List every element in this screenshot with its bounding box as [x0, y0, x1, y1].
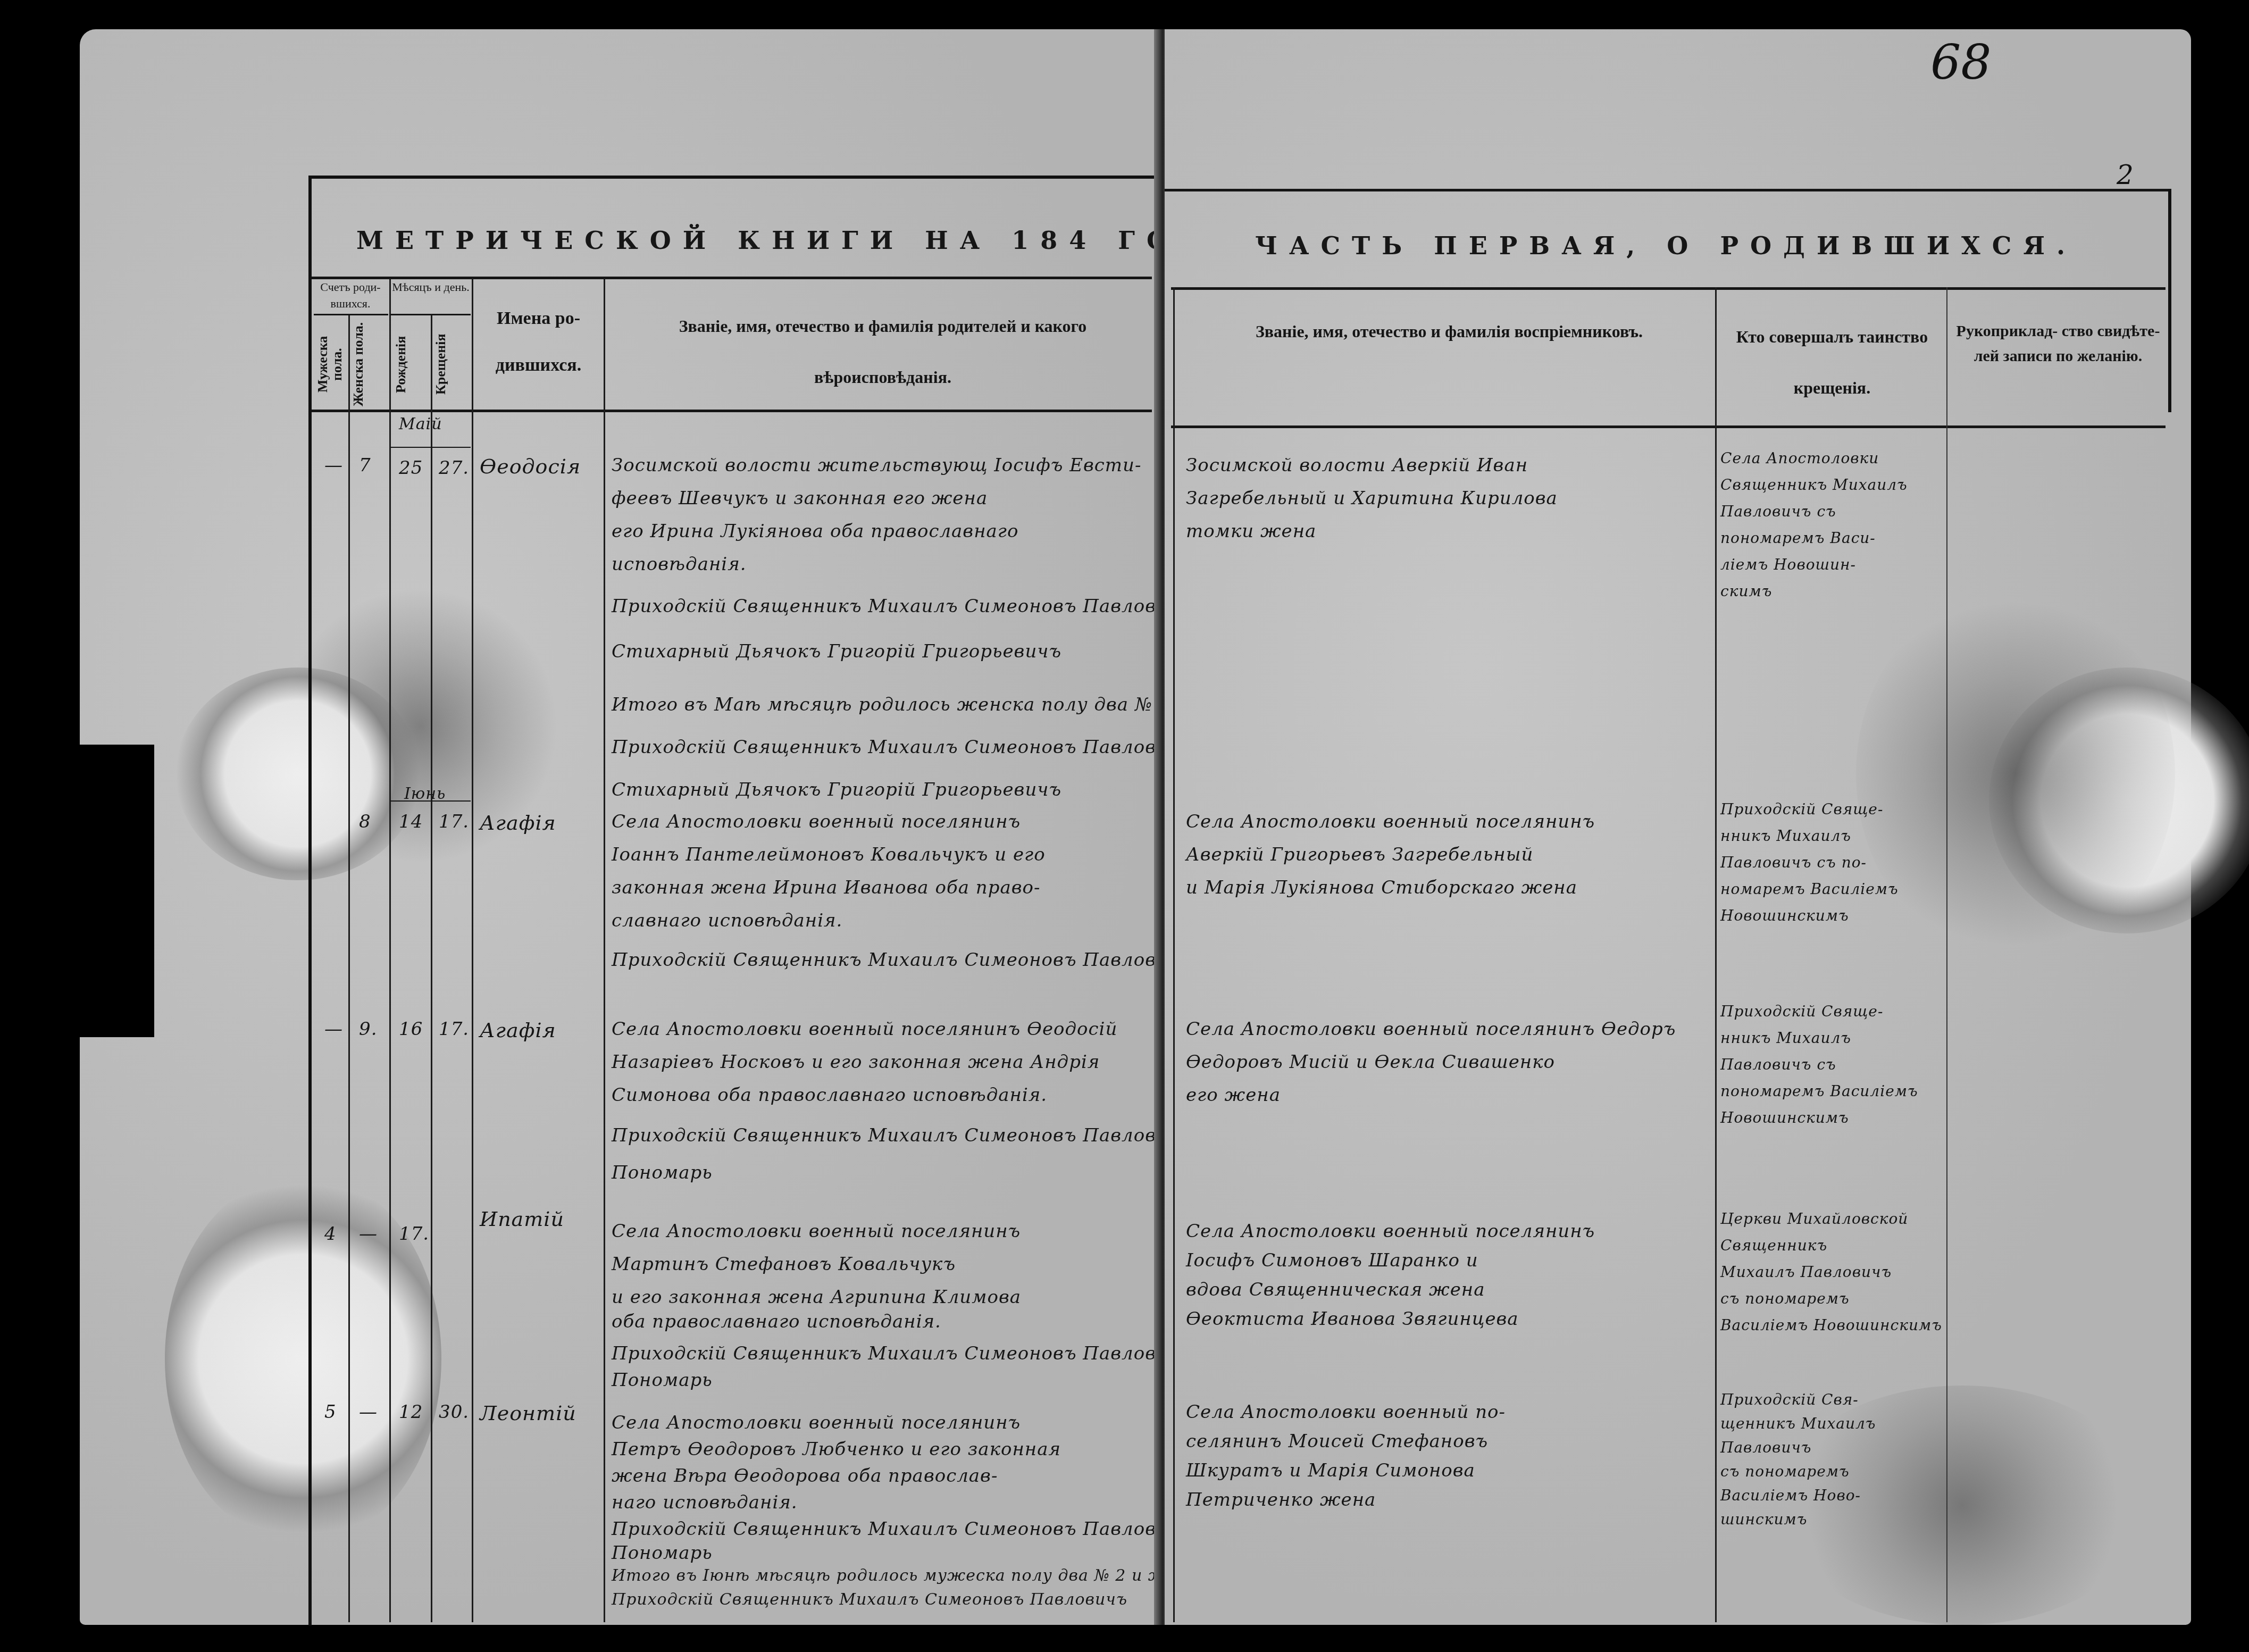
- col-line: [1715, 287, 1717, 1622]
- corner-mark: 2: [2117, 160, 2134, 190]
- male-count: —: [324, 455, 343, 476]
- parents-line: жена Вѣра Өеодорова оба православ-: [612, 1465, 998, 1487]
- clerk-note: Стихарный Дьячокъ Григорій Григорьевичъ: [612, 779, 1061, 800]
- baptism-day: 17.: [439, 811, 469, 832]
- female-count: 9.: [359, 1019, 377, 1040]
- baptism-day: 27.: [439, 457, 469, 479]
- month-rule: [391, 800, 471, 802]
- header-witness-signatures: Рукоприклад- ство свидѣте- лей записи по…: [1952, 319, 2164, 369]
- birth-day: 14: [399, 811, 423, 832]
- performed-by-line: скимъ: [1720, 582, 1772, 600]
- baptism-day: 17.: [439, 1019, 469, 1040]
- performed-by-line: Павловичъ съ по-: [1720, 854, 1867, 871]
- godparents-line: и Марія Лукіянова Стиборскаго жена: [1186, 877, 1577, 898]
- subheader-rule: [391, 314, 471, 315]
- header-month-day: Мѣсяцъ и день.: [391, 279, 471, 296]
- col-line: [1173, 287, 1175, 1622]
- page-title: МЕТРИЧЕСКОЙ КНИГИ НА 184 ГОДЪ,: [356, 226, 1268, 255]
- performed-by-line: Приходскій Свя-: [1720, 1391, 1859, 1408]
- clerk-note: Пономарь: [612, 1162, 713, 1183]
- col-line: [389, 278, 391, 1622]
- performed-by-line: съ пономаремъ: [1720, 1463, 1850, 1480]
- page-title: ЧАСТЬ ПЕРВАЯ, О РОДИВШИХСЯ.: [1255, 231, 2077, 260]
- child-name: Ипатій: [480, 1207, 564, 1231]
- parents-line: исповѣданія.: [612, 554, 747, 575]
- col-line: [1946, 287, 1947, 1622]
- performed-by-line: Василіемъ Ново-: [1720, 1487, 1861, 1504]
- clerk-note: Пономарь: [612, 1370, 713, 1391]
- performed-by-line: Новошинскимъ: [1720, 907, 1849, 924]
- header-birth: Рожденія: [394, 322, 429, 407]
- female-count: —: [359, 1401, 378, 1423]
- godparents-line: Села Апостоловки военный по-: [1186, 1401, 1506, 1423]
- male-count: 4: [324, 1223, 337, 1245]
- performed-by-line: щенникъ Михаилъ: [1720, 1415, 1876, 1432]
- performed-by-line: Павловичъ: [1720, 1439, 1812, 1456]
- clergy-note: Приходскій Священникъ Михаилъ Симеоновъ …: [612, 1343, 1193, 1364]
- godparents-line: Петриченко жена: [1186, 1489, 1376, 1511]
- child-name: Леонтій: [480, 1401, 576, 1425]
- godparents-line: Өеоктиста Иванова Звягинцева: [1186, 1308, 1519, 1330]
- performed-by-line: съ пономаремъ: [1720, 1290, 1850, 1307]
- performed-by-line: Павловичъ съ: [1720, 503, 1836, 520]
- book-spread: МЕТРИЧЕСКОЙ КНИГИ НА 184 ГОДЪ, Счетъ род…: [80, 29, 2186, 1625]
- child-name: Өеодосія: [480, 455, 581, 478]
- child-name: Агафія: [480, 1019, 556, 1042]
- birth-day: 17.: [399, 1223, 429, 1245]
- header-male: Мужеска пола.: [315, 322, 347, 407]
- month-label: Маій: [399, 415, 442, 433]
- godparents-line: томки жена: [1186, 521, 1316, 542]
- parents-line: феевъ Шевчукъ и законная его жена: [612, 488, 988, 509]
- header-bottom-rule: [312, 410, 1152, 412]
- male-count: —: [324, 1019, 343, 1040]
- parents-line: и его законная жена Агрипина Климова: [612, 1287, 1021, 1308]
- child-name: Агафія: [480, 811, 556, 835]
- male-count: 5: [324, 1401, 337, 1423]
- parents-line: Мартинъ Стефановъ Ковальчукъ: [612, 1254, 956, 1275]
- baptism-day: 30.: [439, 1401, 469, 1423]
- godparents-line: Загребельный и Харитина Кирилова: [1186, 488, 1558, 509]
- folio-number: 68: [1930, 35, 1992, 90]
- godparents-line: Зосимской волости Аверкій Иван: [1186, 455, 1528, 476]
- scan-black-tab: [0, 745, 154, 1037]
- col-line: [348, 314, 350, 1622]
- clergy-note: Приходскій Священникъ Михаилъ Симеоновъ …: [612, 1518, 1193, 1540]
- parents-line: Села Апостоловки военный поселянинъ: [612, 811, 1021, 832]
- parents-line: оба православнаго исповѣданія.: [612, 1311, 941, 1332]
- performed-by-line: нникъ Михаилъ: [1720, 827, 1851, 845]
- frame-right: [2168, 189, 2171, 412]
- birth-day: 16: [399, 1019, 423, 1040]
- water-stain: [1856, 588, 2175, 960]
- clergy-note: Приходскій Священникъ Михаилъ Симеоновъ …: [612, 596, 1193, 617]
- godparents-line: Өедоровъ Мисій и Өекла Сивашенко: [1186, 1052, 1555, 1073]
- clergy-note: Приходскій Священникъ Михаилъ Симеоновъ …: [612, 737, 1193, 758]
- godparents-line: Села Апостоловки военный поселянинъ Өедо…: [1186, 1019, 1676, 1040]
- performed-by-line: номаремъ Василіемъ: [1720, 880, 1899, 898]
- godparents-line: Шкуратъ и Марія Симонова: [1186, 1460, 1475, 1481]
- clergy-note: Приходскій Священникъ Михаилъ Симеоновъ …: [612, 1125, 1193, 1146]
- header-parents: Званіе, имя, отечество и фамилія родител…: [633, 301, 1133, 403]
- month-rule: [391, 447, 471, 448]
- performed-by-line: Священникъ: [1720, 1237, 1827, 1254]
- performed-by-line: пономаремъ Василіемъ: [1720, 1082, 1918, 1100]
- parents-line: Іоаннъ Пантелеймоновъ Ковальчукъ и его: [612, 844, 1046, 865]
- godparents-line: Села Апостоловки военный поселянинъ: [1186, 811, 1595, 832]
- parents-line: Села Апостоловки военный поселянинъ Өеод…: [612, 1019, 1117, 1040]
- performed-by-line: шинскимъ: [1720, 1511, 1807, 1528]
- header-performed-by: Кто совершалъ таинство крещенія.: [1720, 311, 1944, 413]
- parents-line: наго исповѣданія.: [612, 1492, 798, 1513]
- godparents-line: его жена: [1186, 1084, 1281, 1106]
- godparents-line: вдова Священническая жена: [1186, 1279, 1485, 1300]
- parents-line: Села Апостоловки военный поселянинъ: [612, 1221, 1021, 1242]
- col-line: [431, 314, 432, 1622]
- parents-line: Петръ Өеодоровъ Любченко и его законная: [612, 1439, 1061, 1460]
- parents-line: законная жена Ирина Иванова оба право-: [612, 877, 1040, 898]
- header-baptism: Крещенія: [433, 322, 470, 407]
- performed-by-line: Михаилъ Павловичъ: [1720, 1263, 1892, 1281]
- performed-by-line: Приходскій Свяще-: [1720, 800, 1883, 818]
- title-top-rule: [1165, 189, 2170, 191]
- performed-by-line: нникъ Михаилъ: [1720, 1029, 1851, 1047]
- clerk-note: Стихарный Дьячокъ Григорій Григорьевичъ: [612, 641, 1061, 662]
- performed-by-line: ліемъ Новошин-: [1720, 556, 1856, 573]
- female-count: —: [359, 1223, 378, 1245]
- godparents-line: Іосифъ Симоновъ Шаранко и: [1186, 1250, 1478, 1271]
- godparents-line: селянинъ Моисей Стефановъ: [1186, 1431, 1488, 1452]
- godparents-line: Аверкій Григорьевъ Загребельный: [1186, 844, 1533, 865]
- performed-by-line: Священникъ Михаилъ: [1720, 476, 1908, 494]
- parents-line: Зосимской волости жительствующ Іосифъ Ев…: [612, 455, 1142, 476]
- col-line: [604, 278, 605, 1622]
- godparents-line: Села Апостоловки военный поселянинъ: [1186, 1221, 1595, 1242]
- clergy-note: Приходскій Священникъ Михаилъ Симеоновъ …: [612, 1590, 1127, 1609]
- birth-day: 25: [399, 457, 423, 479]
- subheader-rule: [314, 314, 388, 315]
- clergy-note: Приходскій Священникъ Михаилъ Симеоновъ …: [612, 949, 1193, 971]
- performed-by-line: Церкви Михайловской: [1720, 1210, 1908, 1228]
- performed-by-line: Василіемъ Новошинскимъ: [1720, 1316, 1942, 1334]
- header-godparents: Званіе, имя, отечество и фамилія воспріе…: [1197, 306, 1702, 357]
- header-names: Имена ро- дившихся.: [476, 295, 601, 389]
- parents-line: его Ирина Лукіянова оба православнаго: [612, 521, 1018, 542]
- performed-by-line: Павловичъ съ: [1720, 1056, 1836, 1073]
- performed-by-line: Новошинскимъ: [1720, 1109, 1849, 1127]
- birth-day: 12: [399, 1401, 423, 1423]
- female-count: 7: [359, 455, 371, 476]
- parents-line: славнаго исповѣданія.: [612, 910, 842, 931]
- parents-line: Села Апостоловки военный поселянинъ: [612, 1412, 1021, 1433]
- female-count: 8: [359, 811, 371, 832]
- right-page: 68 2 ЧАСТЬ ПЕРВАЯ, О РОДИВШИХСЯ. Званіе,…: [1165, 29, 2191, 1625]
- performed-by-line: Села Апостоловки: [1720, 449, 1879, 467]
- header-count: Счетъ роди- вшихся.: [313, 279, 388, 312]
- left-page: МЕТРИЧЕСКОЙ КНИГИ НА 184 ГОДЪ, Счетъ род…: [80, 29, 1159, 1625]
- performed-by-line: Приходскій Свяще-: [1720, 1003, 1883, 1020]
- parents-line: Назаріевъ Носковъ и его законная жена Ан…: [612, 1052, 1100, 1073]
- header-bottom-rule: [1171, 425, 2166, 428]
- performed-by-line: пономаремъ Васи-: [1720, 529, 1876, 547]
- header-female: Женска пола.: [351, 322, 387, 407]
- header-rule: [1171, 287, 2166, 290]
- col-line: [472, 278, 473, 1622]
- summary-text: Итого въ Маѣ мѣсяцѣ родилось женска полу…: [612, 694, 1177, 715]
- clerk-note: Пономарь: [612, 1542, 713, 1564]
- parents-line: Симонова оба православнаго исповѣданія.: [612, 1084, 1047, 1106]
